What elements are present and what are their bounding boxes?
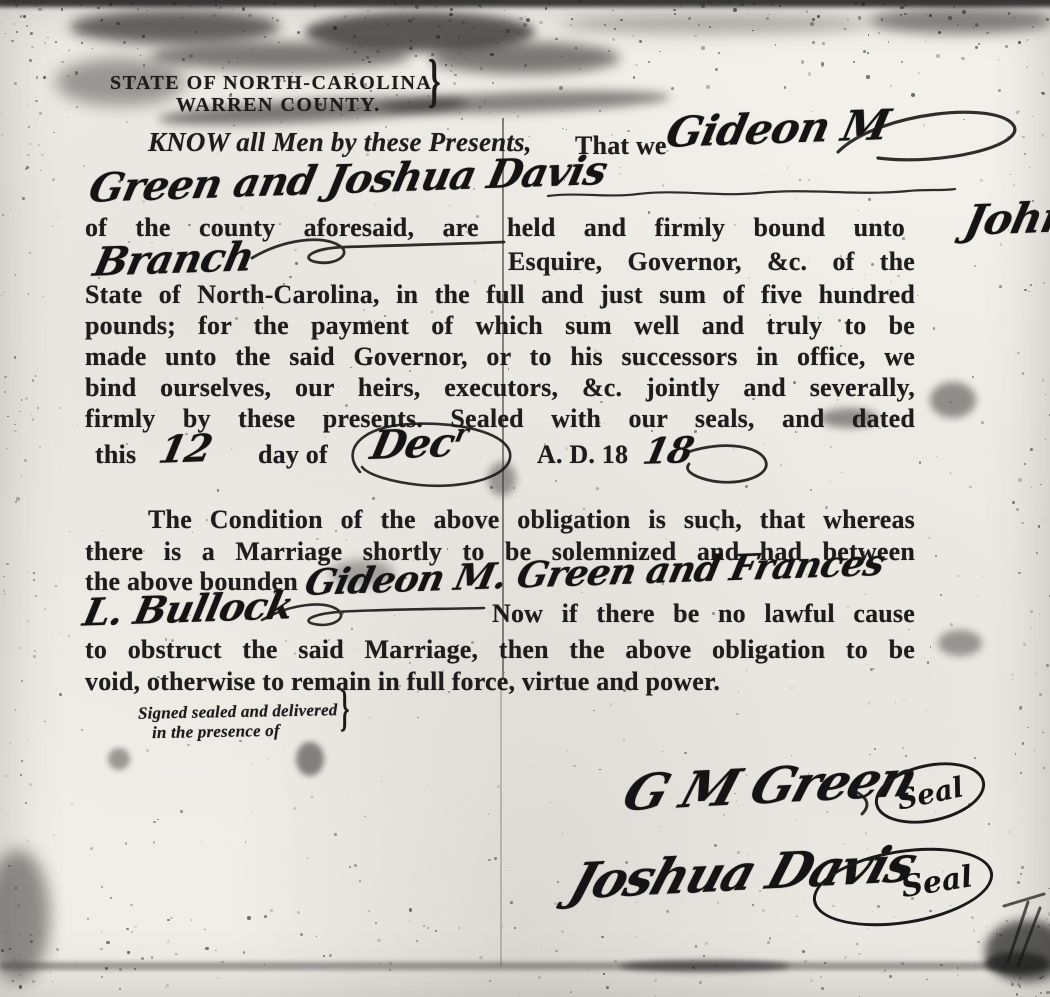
speckle: [329, 16, 330, 17]
speckle: [323, 955, 325, 957]
speckle: [699, 981, 702, 984]
speckle: [518, 33, 520, 35]
speckle: [23, 15, 26, 18]
ink-stain: [930, 382, 976, 418]
speckle: [824, 962, 826, 964]
speckle: [881, 18, 883, 20]
marriage-bond-scan: STATE OF NORTH-CAROLINA, WARREN COUNTY. …: [0, 0, 1050, 997]
speckle: [27, 840, 29, 842]
speckle: [26, 166, 29, 169]
speckle: [1046, 991, 1049, 994]
speckle: [35, 124, 36, 125]
speckle: [1042, 379, 1044, 381]
speckle: [329, 954, 332, 957]
speckle: [715, 68, 717, 70]
speckle: [17, 904, 20, 907]
speckle: [490, 53, 493, 56]
speckle: [27, 154, 30, 157]
speckle: [1042, 732, 1044, 734]
speckle: [146, 10, 148, 12]
ink-stain: [108, 748, 130, 770]
speckle: [31, 46, 34, 49]
speckle: [986, 32, 989, 35]
speckle: [36, 76, 39, 79]
speckle: [904, 13, 906, 15]
speckle: [52, 178, 55, 181]
speckle: [5, 33, 6, 34]
speckle: [217, 977, 218, 978]
speckle: [10, 209, 11, 210]
speckle: [20, 774, 22, 776]
speckle: [39, 932, 41, 934]
speckle: [377, 939, 380, 942]
date-this: this: [95, 441, 136, 470]
speckle: [454, 74, 456, 76]
speckle: [189, 54, 192, 57]
ink-stain: [296, 742, 324, 776]
speckle: [1045, 394, 1046, 395]
speckle: [13, 23, 15, 25]
speckle: [478, 4, 481, 7]
speckle: [709, 26, 711, 28]
speckle: [948, 16, 952, 20]
speckle: [18, 62, 19, 63]
speckle: [975, 23, 979, 27]
speckle: [1018, 572, 1021, 575]
speckle: [167, 942, 168, 943]
speckle: [222, 65, 223, 66]
speckle: [207, 28, 208, 29]
speckle: [170, 917, 173, 920]
speckle: [812, 41, 815, 44]
speckle: [41, 154, 43, 156]
speckle: [950, 623, 953, 626]
speckle: [973, 929, 976, 932]
speckle: [975, 46, 978, 49]
speckle: [154, 69, 155, 70]
speckle: [353, 35, 355, 37]
speckle: [901, 61, 904, 64]
speckle: [888, 41, 890, 43]
speckle: [541, 945, 542, 946]
speckle: [950, 472, 952, 474]
speckle: [936, 456, 937, 457]
speckle: [15, 274, 16, 275]
speckle: [1006, 920, 1008, 922]
speckle: [387, 24, 389, 26]
speckle: [573, 765, 575, 767]
speckle: [81, 42, 83, 44]
speckle: [466, 43, 467, 44]
speckle: [102, 530, 103, 531]
bond-line-governor: made unto the said Governor, or to his s…: [85, 343, 915, 372]
speckle: [180, 810, 183, 813]
speckle: [806, 10, 809, 13]
speckle: [1013, 675, 1014, 676]
speckle: [389, 962, 392, 965]
speckle: [612, 38, 615, 41]
speckle: [875, 2, 876, 3]
speckle: [39, 446, 41, 448]
speckle: [504, 10, 505, 11]
speckle: [1017, 881, 1020, 884]
handwritten-bride-surname: L. Bullock: [79, 582, 297, 634]
paper-crease: [985, 952, 1049, 974]
speckle: [1008, 12, 1011, 15]
speckle: [28, 293, 29, 294]
speckle: [804, 901, 805, 902]
speckle: [429, 786, 430, 787]
speckle: [863, 50, 866, 53]
speckle: [1031, 487, 1032, 488]
speckle: [1032, 26, 1034, 28]
speckle: [190, 919, 192, 921]
speckle: [410, 40, 412, 42]
speckle: [950, 402, 952, 404]
speckle: [1014, 17, 1015, 18]
speckle: [264, 36, 267, 39]
speckle: [138, 528, 139, 529]
speckle: [550, 802, 551, 803]
speckle: [1047, 918, 1048, 919]
speckle: [1010, 174, 1011, 175]
speckle: [127, 951, 129, 953]
speckle: [1, 295, 3, 297]
speckle: [698, 24, 701, 27]
speckle: [37, 407, 39, 409]
speckle: [830, 446, 832, 448]
speckle: [167, 919, 169, 921]
speckle: [14, 424, 16, 426]
speckle: [1029, 167, 1031, 169]
speckle: [280, 121, 281, 122]
speckle: [34, 6, 36, 8]
speckle: [612, 10, 613, 11]
speckle: [22, 197, 24, 199]
speckle: [20, 15, 23, 18]
speckle: [86, 455, 87, 456]
speckle: [134, 926, 137, 929]
speckle: [33, 655, 36, 658]
speckle: [294, 249, 297, 252]
date-day-of: day of: [258, 441, 328, 470]
speckle: [820, 976, 822, 978]
speckle: [578, 0, 581, 3]
handwritten-month: Decr: [367, 418, 471, 469]
speckle: [242, 30, 245, 33]
speckle: [458, 36, 460, 38]
speckle: [123, 41, 126, 44]
speckle: [1022, 742, 1024, 744]
handwritten-governor-surname: Branch: [89, 233, 258, 285]
speckle: [775, 44, 776, 45]
speckle: [1005, 45, 1007, 47]
speckle: [173, 2, 176, 5]
speckle: [911, 93, 915, 97]
speckle: [940, 594, 942, 596]
speckle: [895, 701, 897, 703]
speckle: [4, 376, 6, 378]
paper-crease: [620, 960, 790, 972]
speckle: [434, 5, 437, 8]
speckle: [608, 50, 610, 52]
speckle: [4, 382, 5, 383]
speckle: [4, 391, 6, 393]
speckle: [244, 0, 245, 1]
speckle: [368, 61, 370, 63]
condition-line-1: The Condition of the above obligation is…: [148, 506, 915, 535]
speckle: [662, 751, 663, 752]
speckle: [524, 64, 527, 67]
speckle: [488, 859, 491, 862]
speckle: [216, 19, 217, 20]
speckle: [21, 680, 23, 682]
speckle: [1030, 448, 1033, 451]
speckle: [799, 179, 801, 181]
speckle: [692, 960, 693, 961]
speckle: [94, 1, 95, 2]
speckle: [930, 646, 931, 647]
speckle: [763, 443, 764, 444]
speckle: [14, 959, 16, 961]
speckle: [999, 934, 1002, 937]
speckle: [1026, 66, 1028, 68]
speckle: [1024, 463, 1026, 465]
speckle: [177, 954, 178, 955]
speckle: [766, 17, 769, 20]
speckle: [416, 940, 418, 942]
speckle: [748, 277, 750, 279]
speckle: [599, 110, 601, 112]
speckle: [855, 2, 857, 4]
speckle: [684, 752, 687, 755]
speckle: [436, 35, 440, 39]
speckle: [433, 14, 434, 15]
speckle: [40, 1, 43, 4]
speckle: [768, 14, 769, 15]
speckle: [539, 21, 543, 25]
speckle: [316, 936, 317, 937]
speckle: [55, 585, 56, 586]
speckle: [603, 973, 605, 975]
speckle: [490, 486, 493, 489]
speckle: [137, 8, 139, 10]
speckle: [1018, 110, 1020, 112]
speckle: [348, 1, 351, 4]
speckle: [890, 85, 893, 88]
speckle: [438, 25, 441, 28]
speckle: [110, 897, 113, 900]
speckle: [146, 749, 149, 752]
speckle: [1016, 508, 1019, 511]
speckle: [375, 922, 377, 924]
speckle: [994, 965, 995, 966]
speckle: [586, 824, 587, 825]
speckle: [9, 948, 11, 950]
speckle: [975, 965, 976, 966]
speckle: [80, 4, 82, 6]
speckle: [350, 39, 351, 40]
speckle: [867, 928, 868, 929]
speckle: [16, 497, 19, 500]
speckle: [561, 930, 564, 933]
speckle: [130, 2, 133, 5]
speckle: [974, 265, 976, 267]
speckle: [233, 125, 234, 126]
speckle: [740, 3, 743, 6]
speckle: [671, 87, 674, 90]
speckle: [201, 841, 202, 842]
speckle: [126, 121, 128, 123]
speckle: [141, 957, 144, 960]
speckle: [904, 4, 907, 7]
speckle: [58, 648, 59, 649]
speckle: [1024, 289, 1027, 292]
speckle: [92, 48, 93, 49]
speckle: [648, 61, 650, 63]
speckle: [166, 984, 169, 987]
speckle: [503, 21, 505, 23]
speckle: [557, 881, 559, 883]
speckle: [579, 68, 581, 70]
speckle: [926, 979, 928, 981]
speckle: [1016, 993, 1019, 996]
speckle: [555, 480, 557, 482]
speckle: [1013, 184, 1014, 185]
speckle: [450, 70, 452, 72]
speckle: [779, 5, 781, 7]
speckle: [374, 204, 376, 206]
speckle: [866, 75, 869, 78]
speckle: [858, 210, 859, 211]
speckle: [565, 10, 566, 11]
speckle: [14, 356, 16, 358]
speckle: [172, 4, 174, 6]
speckle: [458, 927, 460, 929]
speckle: [50, 972, 51, 973]
speckle: [957, 974, 959, 976]
speckle: [488, 813, 490, 815]
speckle: [999, 285, 1002, 288]
speckle: [929, 674, 930, 675]
speckle: [753, 2, 755, 4]
speckle: [1012, 501, 1015, 504]
speckle: [213, 14, 216, 17]
speckle: [673, 9, 675, 11]
speckle: [1043, 767, 1045, 769]
speckle: [2, 112, 3, 113]
speckle: [596, 487, 599, 490]
speckle: [349, 866, 351, 868]
speckle: [71, 803, 73, 805]
speckle: [1041, 817, 1042, 818]
speckle: [480, 67, 483, 70]
bond-line-pounds: pounds; for the payment of which sum wel…: [85, 312, 915, 341]
speckle: [368, 910, 370, 912]
speckle: [450, 8, 453, 11]
seal-groom-label: Seal: [894, 770, 966, 816]
speckle: [53, 132, 54, 133]
speckle: [957, 575, 959, 577]
speckle: [738, 692, 739, 693]
speckle: [311, 796, 313, 798]
speckle: [101, 976, 102, 977]
speckle: [15, 4, 18, 7]
speckle: [908, 629, 909, 630]
speckle: [977, 941, 979, 943]
speckle: [101, 931, 102, 932]
speckle: [1017, 352, 1020, 355]
speckle: [519, 993, 520, 994]
speckle: [562, 128, 564, 130]
speckle: [75, 26, 76, 27]
speckle: [517, 115, 520, 118]
speckle: [106, 941, 109, 944]
speckle: [217, 8, 218, 9]
speckle: [119, 988, 121, 990]
speckle: [526, 18, 530, 22]
speckle: [101, 886, 103, 888]
speckle: [1034, 750, 1035, 751]
speckle: [706, 85, 710, 89]
speckle: [32, 379, 34, 381]
speckle: [134, 968, 136, 970]
speckle: [993, 4, 995, 6]
speckle: [423, 925, 425, 927]
speckle: [655, 995, 656, 996]
speckle: [409, 920, 410, 921]
speckle: [1045, 439, 1046, 440]
speckle: [1030, 610, 1033, 613]
handwritten-governor-first: John: [960, 192, 1050, 245]
speckle: [929, 14, 932, 17]
speckle: [83, 165, 85, 167]
speckle: [237, 62, 238, 63]
speckle: [215, 0, 217, 2]
speckle: [982, 576, 983, 577]
speckle: [901, 962, 903, 964]
speckle: [808, 179, 810, 181]
speckle: [554, 902, 557, 905]
speckle: [841, 472, 842, 473]
speckle: [918, 72, 920, 74]
speckle: [56, 948, 59, 951]
speckle: [100, 948, 103, 951]
speckle: [157, 819, 158, 820]
speckle: [389, 969, 391, 971]
speckle: [1022, 136, 1024, 138]
speckle: [912, 9, 913, 10]
speckle: [298, 2, 300, 4]
speckle: [347, 793, 348, 794]
speckle: [24, 459, 27, 462]
speckle: [1022, 372, 1025, 375]
speckle: [715, 964, 718, 967]
speckle: [718, 4, 720, 6]
speckle: [1009, 831, 1011, 833]
speckle: [162, 52, 164, 54]
speckle: [37, 58, 38, 59]
speckle: [10, 743, 11, 744]
ink-stain: [868, 8, 1050, 34]
speckle: [324, 437, 325, 438]
speckle: [1018, 478, 1021, 481]
speckle: [971, 916, 974, 919]
speckle: [2, 214, 3, 215]
speckle: [42, 296, 43, 297]
speckle: [492, 82, 494, 84]
speckle: [59, 693, 62, 696]
